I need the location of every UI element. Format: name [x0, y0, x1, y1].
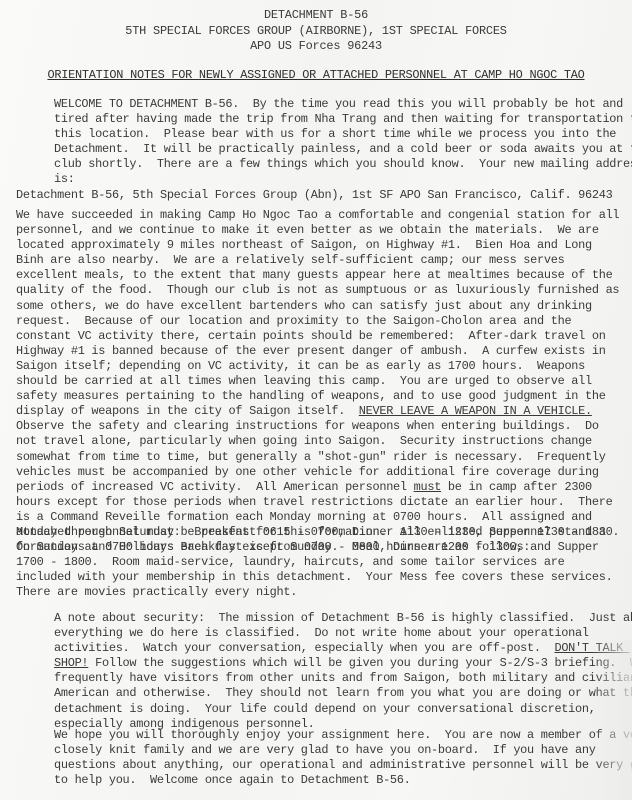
- welcome-paragraph: WELCOME TO DETACHMENT B-56. By the time …: [16, 97, 632, 188]
- must-emphasis: must: [414, 480, 441, 494]
- apo-address: APO US Forces 96243: [0, 39, 632, 55]
- security-text-1: A note about security: The mission of De…: [54, 611, 632, 655]
- unit-name: DETACHMENT B-56: [0, 8, 632, 24]
- security-text-2: Follow the suggestions which will be giv…: [54, 656, 632, 730]
- paper-shadow: [592, 640, 632, 800]
- parent-unit: 5TH SPECIAL FORCES GROUP (AIRBORNE), 1ST…: [0, 24, 632, 40]
- meals-paragraph: Monday through Saturday: Breakfast 0615 …: [16, 525, 622, 600]
- document-title: ORIENTATION NOTES FOR NEWLY ASSIGNED OR …: [0, 68, 632, 83]
- camp-paragraph: We have succeeded in making Camp Ho Ngoc…: [16, 208, 622, 555]
- camp-text-1: We have succeeded in making Camp Ho Ngoc…: [16, 208, 626, 418]
- closing-paragraph: We hope you will thoroughly enjoy your a…: [16, 728, 632, 788]
- document-page: DETACHMENT B-56 5TH SPECIAL FORCES GROUP…: [0, 0, 632, 800]
- security-paragraph: A note about security: The mission of De…: [16, 611, 632, 732]
- letterhead: DETACHMENT B-56 5TH SPECIAL FORCES GROUP…: [0, 8, 632, 55]
- mailing-address: Detachment B-56, 5th Special Forces Grou…: [16, 188, 622, 203]
- weapon-warning: NEVER LEAVE A WEAPON IN A VEHICLE.: [359, 404, 592, 418]
